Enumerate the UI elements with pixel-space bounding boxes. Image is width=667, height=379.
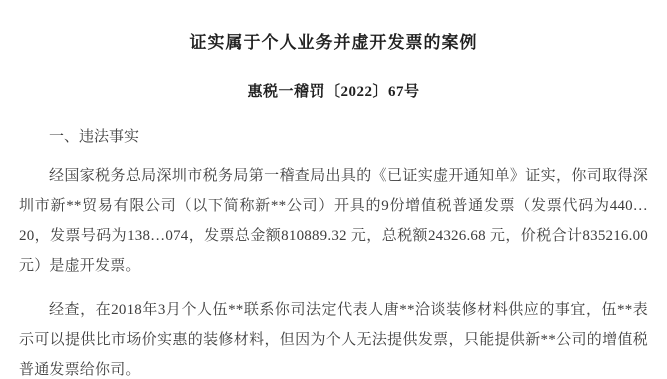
document-page: 证实属于个人业务并虚开发票的案例 惠税一稽罚〔2022〕67号 一、违法事实 经… (0, 0, 667, 379)
document-title: 证实属于个人业务并虚开发票的案例 (19, 32, 648, 54)
document-number: 惠税一稽罚〔2022〕67号 (19, 82, 648, 102)
paragraph-invoice-facts: 经国家税务总局深圳市税务局第一稽查局出具的《已证实虚开通知单》证实，你司取得深圳… (19, 161, 648, 281)
section-heading-violation-facts: 一、违法事实 (19, 127, 648, 147)
paragraph-investigation-details: 经查，在2018年3月个人伍**联系你司法定代表人唐**洽谈装修材料供应的事宜，… (19, 295, 648, 379)
